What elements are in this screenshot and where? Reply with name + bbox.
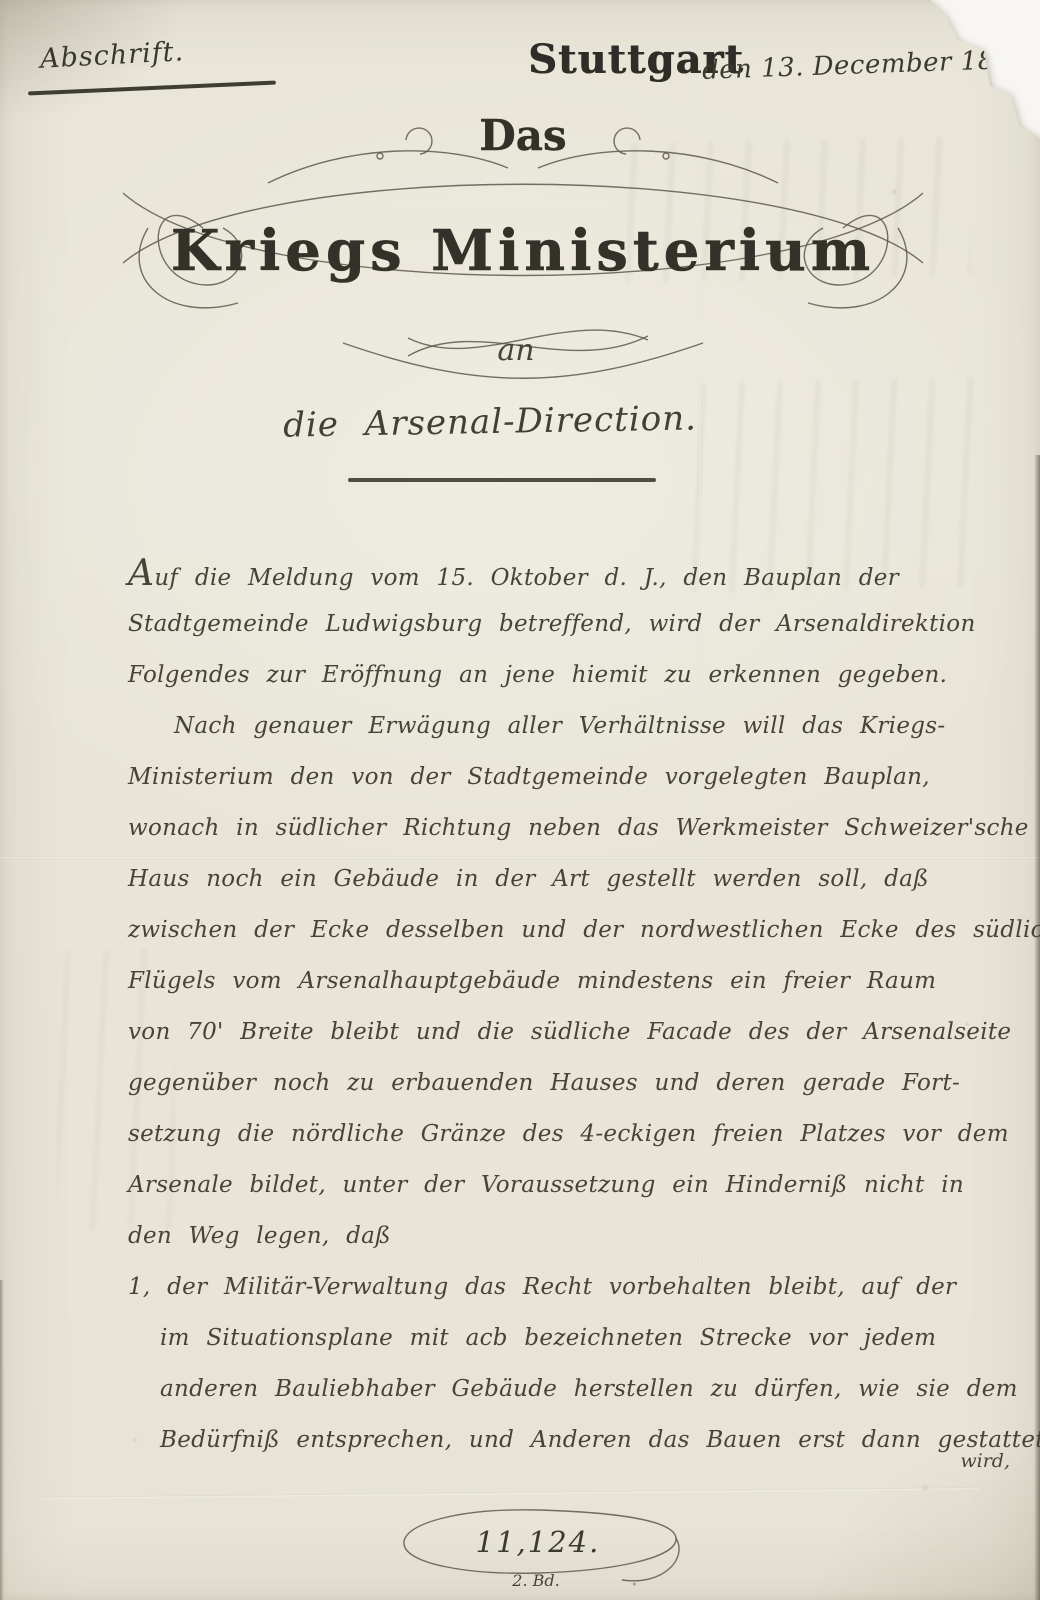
body-line: Arsenale bildet, unter der Voraussetzung… — [128, 1160, 1020, 1211]
body-line: Nach genauer Erwägung aller Verhältnisse… — [128, 701, 1020, 752]
masthead-connector: an — [497, 333, 534, 368]
catchword: wird, — [960, 1450, 1010, 1472]
body-line: Stadtgemeinde Ludwigsburg betreffend, wi… — [128, 599, 1020, 650]
body-line: gegenüber noch zu erbauenden Hauses und … — [128, 1058, 1020, 1109]
body-line: wonach in südlicher Richtung neben das W… — [128, 803, 1020, 854]
paper-right-edge-shadow — [1034, 455, 1040, 1600]
masthead-article: Das — [479, 111, 566, 160]
body-line: Ministerium den von der Stadtgemeinde vo… — [128, 752, 1020, 803]
paper-sheet: Abschrift. Stuttgart den 13. December 18… — [0, 0, 1040, 1600]
date-line: den 13. December 1859. — [702, 44, 1038, 86]
registry-footer: 11,124. 2. Bd. — [388, 1498, 698, 1594]
letter-body: Auf die Meldung vom 15. Oktober d. J., d… — [128, 548, 1020, 1466]
paper-sheet-wrap: Abschrift. Stuttgart den 13. December 18… — [0, 0, 1040, 1600]
body-line: den Weg legen, daß — [128, 1211, 1020, 1262]
body-line: Folgendes zur Eröffnung an jene hiemit z… — [128, 650, 1020, 701]
flourish-ornament: Das Kriegs Ministerium an — [108, 88, 938, 388]
body-line: anderen Bauliebhaber Gebäude herstellen … — [128, 1364, 1020, 1415]
document-number: 11,124. — [476, 1525, 601, 1559]
body-line: zwischen der Ecke desselben und der nord… — [128, 905, 1020, 956]
paper-left-edge-shadow — [0, 1280, 4, 1600]
masthead-institution: Kriegs Ministerium — [171, 218, 875, 284]
body-line: Flügels vom Arsenalhauptgebäude mindeste… — [128, 956, 1020, 1007]
body-line: von 70' Breite bleibt und die südliche F… — [128, 1007, 1020, 1058]
copy-annotation: Abschrift. — [39, 36, 185, 75]
recipient-underline-rule — [348, 478, 656, 482]
body-line: Bedürfniß entsprechen, und Anderen das B… — [128, 1415, 1020, 1466]
scanned-letter-page: Abschrift. Stuttgart den 13. December 18… — [0, 0, 1040, 1600]
body-line: Haus noch ein Gebäude in der Art gestell… — [128, 854, 1020, 905]
body-line-numbered-item: 1, der Militär-Verwaltung das Recht vorb… — [128, 1262, 1020, 1313]
volume-note: 2. Bd. — [511, 1571, 559, 1590]
body-line: Auf die Meldung vom 15. Oktober d. J., d… — [128, 548, 1020, 599]
oval-flourish: 11,124. 2. Bd. — [388, 1498, 698, 1594]
body-line: im Situationsplane mit acb bezeichneten … — [128, 1313, 1020, 1364]
calligraphic-masthead: Das Kriegs Ministerium an — [108, 88, 938, 388]
body-line: setzung die nördliche Gränze des 4-eckig… — [128, 1109, 1020, 1160]
recipient-line: die Arsenal-Direction. — [210, 397, 771, 447]
